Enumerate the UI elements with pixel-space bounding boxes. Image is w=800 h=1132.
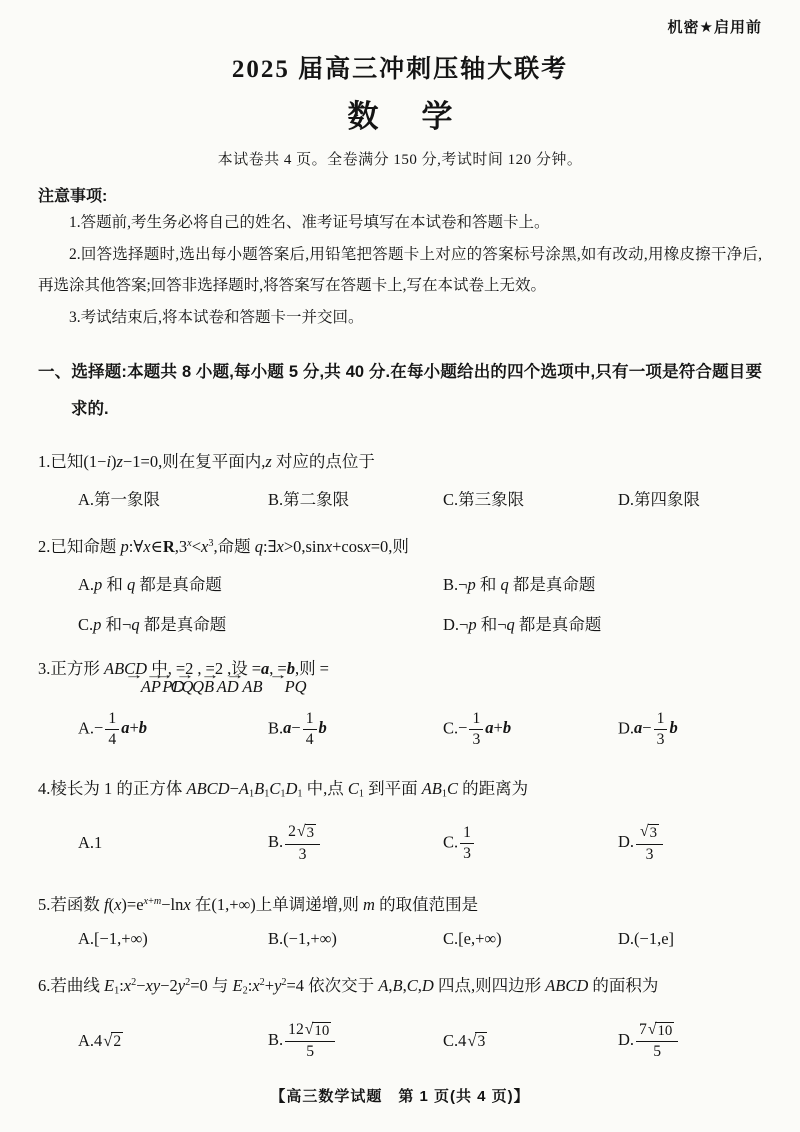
question-6-options: A.4√2 B.12√105 C.4√3 D.7√105 xyxy=(38,1016,762,1066)
question-2-option-b: B.¬p 和 q 都是真命题 xyxy=(443,571,762,595)
question-6-option-a: A.4√2 xyxy=(78,1031,268,1052)
option-math: √33 xyxy=(634,832,665,851)
question-1-stem: 1.已知(1−i)z−1=0,则在复平面内,z 对应的点位于 xyxy=(38,446,762,477)
option-math: 第三象限 xyxy=(458,490,524,509)
option-math: p 和 q 都是真命题 xyxy=(94,575,222,594)
option-label: D. xyxy=(618,718,634,737)
question-5: 5.若函数 f(x)=ex+m−lnx 在(1,+∞)上单调递增,则 m 的取值… xyxy=(38,878,762,949)
option-label: C. xyxy=(443,1031,458,1050)
option-math: ¬p 和¬q 都是真命题 xyxy=(459,615,601,634)
question-6-option-c: C.4√3 xyxy=(443,1031,618,1052)
question-6-stem: 6.若曲线 E1:x2−xy−2y2=0 与 E2:x2+y2=4 依次交于 A… xyxy=(38,967,762,1007)
question-3-stem: 3.正方形 ABCD 中,→AP=2→PD,→CQ=2→QB,设→AD=a,→A… xyxy=(38,653,762,696)
option-math: 1 xyxy=(94,833,102,852)
exam-title: 2025 届高三冲刺压轴大联考 xyxy=(38,49,762,85)
option-math: a−13b xyxy=(634,718,678,737)
question-4-option-b: B.2√33 xyxy=(268,823,443,864)
question-5-option-b: B.(−1,+∞) xyxy=(268,929,443,949)
exam-page: 机密★启用前 2025 届高三冲刺压轴大联考 数 学 本试卷共 4 页。全卷满分… xyxy=(0,0,800,1132)
option-label: B. xyxy=(268,929,283,948)
question-2-option-d: D.¬p 和¬q 都是真命题 xyxy=(443,611,762,635)
option-label: A. xyxy=(78,929,94,948)
option-math: 4√2 xyxy=(94,1031,124,1050)
note-item-2: 2.回答选择题时,选出每小题答案后,用铅笔把答题卡上对应的答案标号涂黑,如有改动… xyxy=(38,239,762,301)
option-math: 7√105 xyxy=(634,1030,680,1049)
option-label: C. xyxy=(78,615,93,634)
option-label: C. xyxy=(443,832,458,851)
question-6-option-d: D.7√105 xyxy=(618,1021,762,1062)
exam-subject: 数 学 xyxy=(38,91,762,136)
question-3-option-a: A.−14a+b xyxy=(78,710,268,749)
question-1: 1.已知(1−i)z−1=0,则在复平面内,z 对应的点位于 A.第一象限 B.… xyxy=(38,438,762,510)
option-label: C. xyxy=(443,718,458,737)
option-label: D. xyxy=(618,1030,634,1049)
question-5-option-d: D.(−1,e] xyxy=(618,929,762,949)
question-5-stem: 5.若函数 f(x)=ex+m−lnx 在(1,+∞)上单调递增,则 m 的取值… xyxy=(38,886,762,920)
question-2-option-a: A.p 和 q 都是真命题 xyxy=(78,571,443,595)
confidential-notice: 机密★启用前 xyxy=(38,16,762,37)
question-3-option-d: D.a−13b xyxy=(618,710,762,749)
option-math: (−1,+∞) xyxy=(283,929,337,948)
option-math: 12√105 xyxy=(283,1030,337,1049)
option-math: [e,+∞) xyxy=(458,929,502,948)
question-5-options: A.[−1,+∞) B.(−1,+∞) C.[e,+∞) D.(−1,e] xyxy=(38,929,762,949)
option-math: (−1,e] xyxy=(634,929,674,948)
question-2-option-c: C.p 和¬q 都是真命题 xyxy=(78,611,443,635)
question-4: 4.棱长为 1 的正方体 ABCD−A1B1C1D1 中,点 C1 到平面 AB… xyxy=(38,765,762,869)
question-6: 6.若曲线 E1:x2−xy−2y2=0 与 E2:x2+y2=4 依次交于 A… xyxy=(38,959,762,1066)
option-math: 4√3 xyxy=(458,1031,488,1050)
option-label: B. xyxy=(268,1030,283,1049)
note-item-1: 1.答题前,考生务必将自己的姓名、准考证号填写在本试卷和答题卡上。 xyxy=(38,207,762,238)
question-1-option-a: A.第一象限 xyxy=(78,486,268,510)
section-heading: 一、选择题:本题共 8 小题,每小题 5 分,共 40 分.在每小题给出的四个选… xyxy=(38,354,762,428)
question-1-option-d: D.第四象限 xyxy=(618,486,762,510)
option-label: D. xyxy=(618,832,634,851)
notes-heading: 注意事项: xyxy=(38,183,762,206)
option-label: A. xyxy=(78,575,94,594)
note-item-3: 3.考试结束后,将本试卷和答题卡一并交回。 xyxy=(38,302,762,333)
option-label: A. xyxy=(78,718,94,737)
question-2-stem: 2.已知命题 p:∀x∈R,3x<x3,命题 q:∃x>0,sinx+cosx=… xyxy=(38,528,762,562)
option-math: 第二象限 xyxy=(283,490,349,509)
question-5-option-c: C.[e,+∞) xyxy=(443,929,618,949)
question-1-option-b: B.第二象限 xyxy=(268,486,443,510)
question-5-option-a: A.[−1,+∞) xyxy=(78,929,268,949)
question-4-option-d: D.√33 xyxy=(618,823,762,864)
question-4-option-a: A.1 xyxy=(78,833,268,853)
option-label: D. xyxy=(443,615,459,634)
question-4-options: A.1 B.2√33 C.13 D.√33 xyxy=(38,818,762,868)
option-label: D. xyxy=(618,929,634,948)
option-label: B. xyxy=(268,718,283,737)
notes-section: 注意事项: 1.答题前,考生务必将自己的姓名、准考证号填写在本试卷和答题卡上。 … xyxy=(38,183,762,334)
question-2: 2.已知命题 p:∀x∈R,3x<x3,命题 q:∃x>0,sinx+cosx=… xyxy=(38,520,762,635)
page-footer: 【高三数学试题 第 1 页(共 4 页)】 xyxy=(38,1085,762,1106)
question-6-option-b: B.12√105 xyxy=(268,1021,443,1062)
question-1-options: A.第一象限 B.第二象限 C.第三象限 D.第四象限 xyxy=(38,486,762,510)
option-math: 13 xyxy=(458,832,476,851)
question-2-options: A.p 和 q 都是真命题 B.¬p 和 q 都是真命题 C.p 和¬q 都是真… xyxy=(38,571,762,635)
option-label: C. xyxy=(443,490,458,509)
option-math: −13a+b xyxy=(458,718,511,737)
question-4-stem: 4.棱长为 1 的正方体 ABCD−A1B1C1D1 中,点 C1 到平面 AB… xyxy=(38,773,762,810)
question-3: 3.正方形 ABCD 中,→AP=2→PD,→CQ=2→QB,设→AD=a,→A… xyxy=(38,645,762,755)
question-4-option-c: C.13 xyxy=(443,824,618,863)
option-math: 第四象限 xyxy=(634,490,700,509)
option-math: 2√33 xyxy=(283,832,322,851)
option-math: ¬p 和 q 都是真命题 xyxy=(458,575,595,594)
option-math: p 和¬q 都是真命题 xyxy=(93,615,226,634)
option-label: A. xyxy=(78,833,94,852)
option-label: D. xyxy=(618,490,634,509)
question-3-option-b: B.a−14b xyxy=(268,710,443,749)
option-label: B. xyxy=(268,490,283,509)
option-label: C. xyxy=(443,929,458,948)
question-3-option-c: C.−13a+b xyxy=(443,710,618,749)
option-label: B. xyxy=(268,832,283,851)
option-math: [−1,+∞) xyxy=(94,929,148,948)
option-math: a−14b xyxy=(283,718,327,737)
option-label: A. xyxy=(78,1031,94,1050)
option-math: −14a+b xyxy=(94,718,147,737)
paper-info: 本试卷共 4 页。全卷满分 150 分,考试时间 120 分钟。 xyxy=(38,148,762,169)
question-1-option-c: C.第三象限 xyxy=(443,486,618,510)
option-math: 第一象限 xyxy=(94,490,160,509)
option-label: A. xyxy=(78,490,94,509)
option-label: B. xyxy=(443,575,458,594)
question-3-options: A.−14a+b B.a−14b C.−13a+b D.a−13b xyxy=(38,705,762,755)
